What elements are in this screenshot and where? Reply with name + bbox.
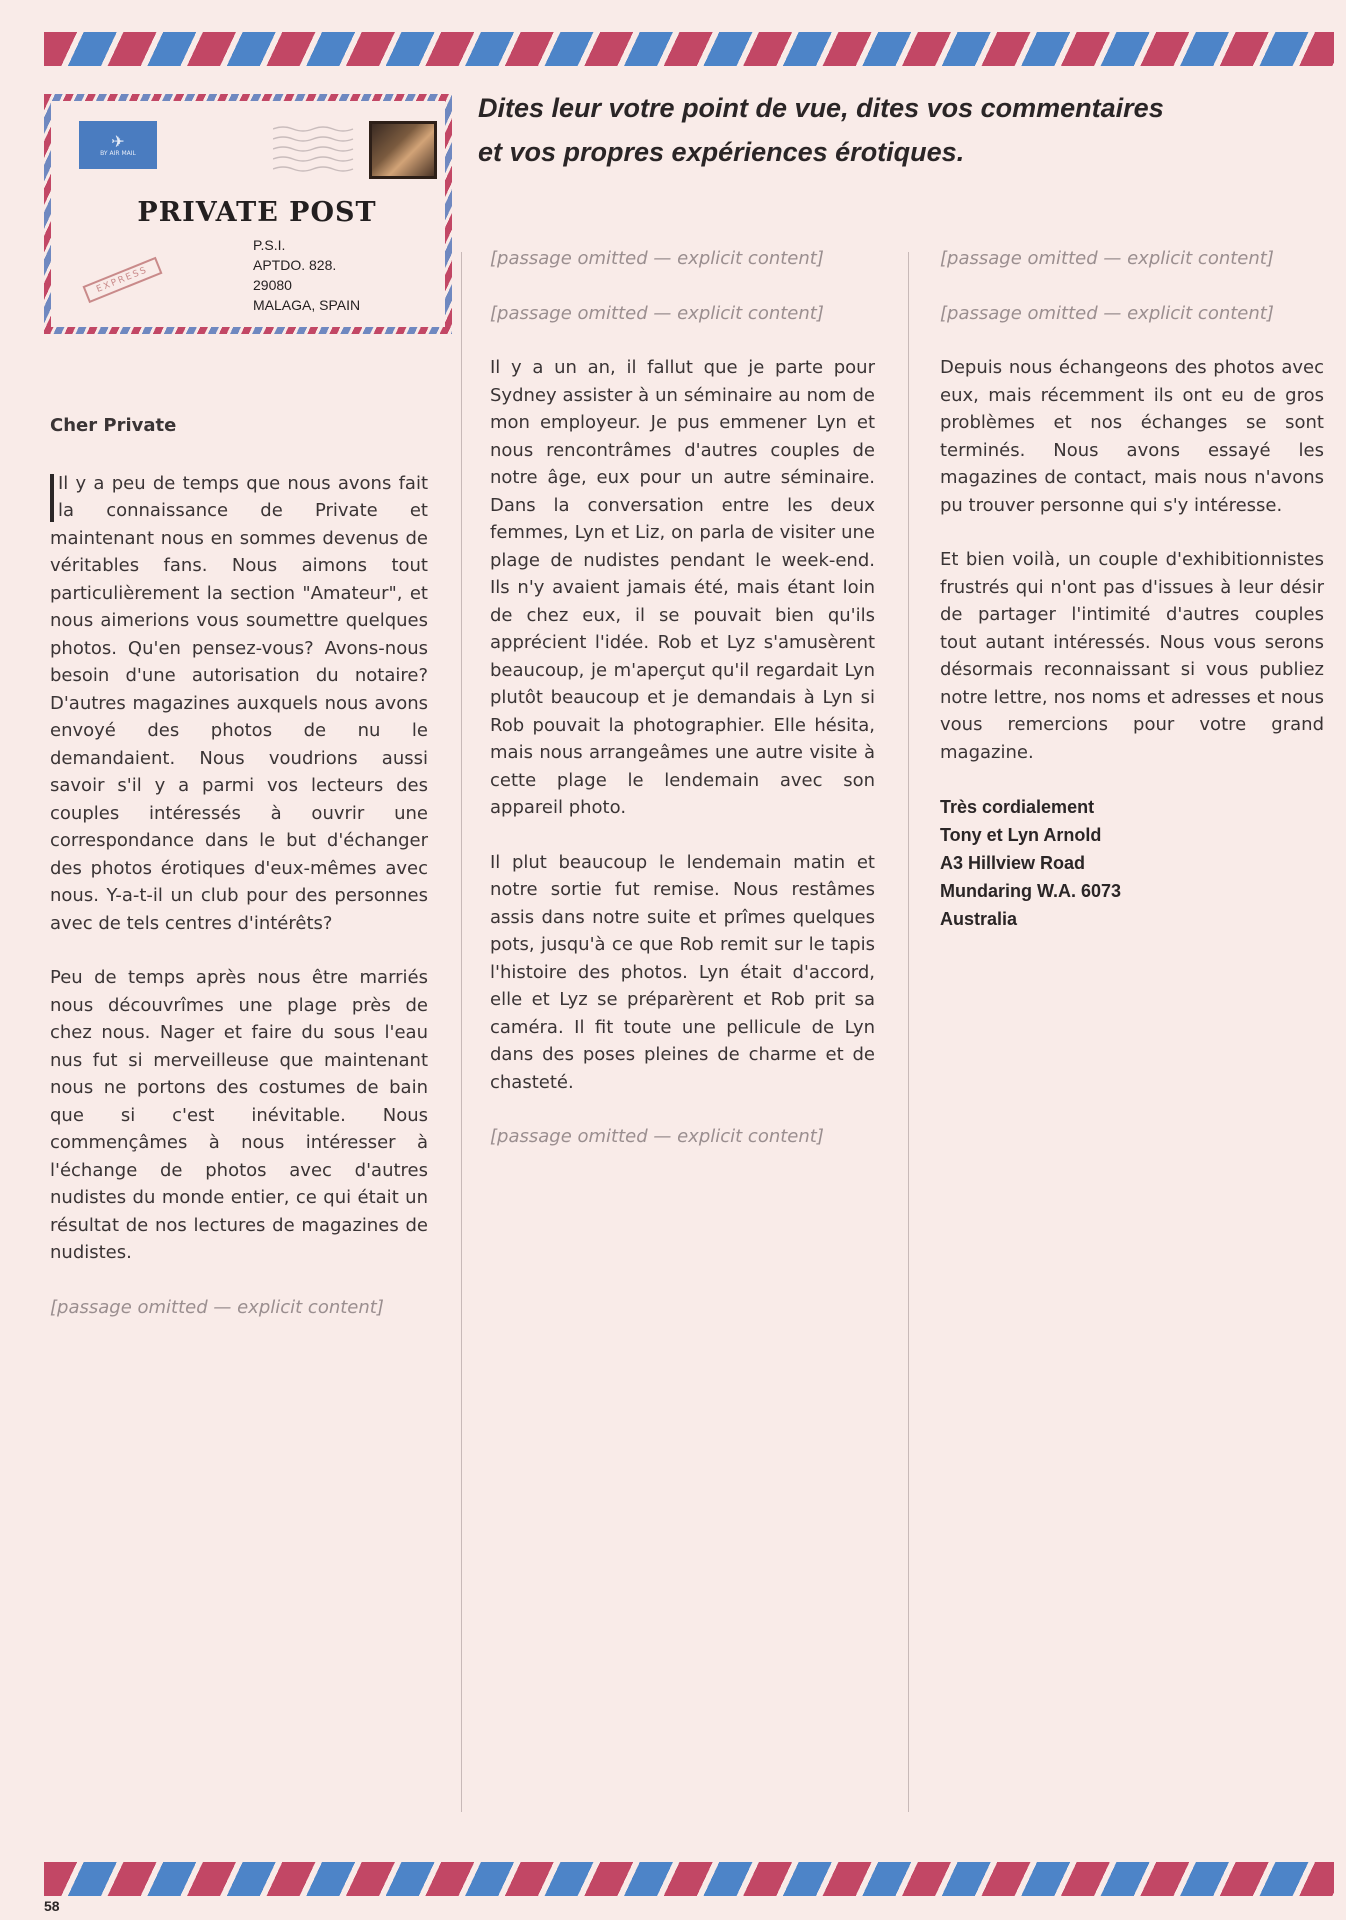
signoff-line: A3 Hillview Road xyxy=(940,849,1324,877)
postage-stamp-icon xyxy=(369,121,437,179)
postmark-wave-icon xyxy=(273,121,359,177)
column-divider xyxy=(461,252,462,1812)
letter-paragraph-omitted: [passage omitted — explicit content] xyxy=(490,300,875,328)
signoff-line: Australia xyxy=(940,905,1324,933)
drop-cap-bar xyxy=(50,474,54,522)
airmail-label: ✈ BY AIR MAIL xyxy=(79,121,157,169)
headline-line: Dites leur votre point de vue, dites vos… xyxy=(478,86,1338,130)
signoff-line: Mundaring W.A. 6073 xyxy=(940,877,1324,905)
express-stamp: EXPRESS xyxy=(82,257,162,303)
letter-paragraph-omitted: [passage omitted — explicit content] xyxy=(490,1123,875,1151)
letter-paragraph: Et bien voilà, un couple d'exhibitionnis… xyxy=(940,546,1324,766)
letter-paragraph: Depuis nous échangeons des photos avec e… xyxy=(940,354,1324,519)
salutation: Cher Private xyxy=(50,412,428,440)
letter-paragraph-omitted: [passage omitted — explicit content] xyxy=(940,300,1324,328)
letter-paragraph-omitted: [passage omitted — explicit content] xyxy=(50,1294,428,1322)
page-number: 58 xyxy=(44,1898,60,1914)
airmail-stripe-border-bottom xyxy=(44,1862,1334,1896)
mailing-address: P.S.I. APTDO. 828. 29080 MALAGA, SPAIN xyxy=(253,235,360,315)
signoff-line: Tony et Lyn Arnold xyxy=(940,821,1324,849)
airmail-label-text: BY AIR MAIL xyxy=(100,150,136,157)
letter-paragraph-omitted: [passage omitted — explicit content] xyxy=(940,245,1324,273)
address-line: P.S.I. xyxy=(253,235,360,255)
letter-paragraph-omitted: [passage omitted — explicit content] xyxy=(490,245,875,273)
letter-paragraph: Il y a un an, il fallut que je parte pou… xyxy=(490,354,875,822)
letter-paragraph: Peu de temps après nous être marriés nou… xyxy=(50,964,428,1267)
letter-column-3: [passage omitted — explicit content] [pa… xyxy=(940,245,1324,933)
address-line: APTDO. 828. xyxy=(253,255,360,275)
letter-paragraph: Il y a peu de temps que nous avons fait … xyxy=(50,470,428,938)
envelope-graphic: ✈ BY AIR MAIL PRIVATE POST P.S.I. APTDO.… xyxy=(44,94,452,334)
airmail-stripe-border-top xyxy=(44,32,1334,66)
letter-signoff: Très cordialement Tony et Lyn Arnold A3 … xyxy=(940,793,1324,933)
letter-column-2: [passage omitted — explicit content] [pa… xyxy=(490,245,875,1178)
section-headline: Dites leur votre point de vue, dites vos… xyxy=(478,86,1338,174)
letter-paragraph: Il plut beaucoup le lendemain matin et n… xyxy=(490,849,875,1097)
column-divider xyxy=(908,252,909,1812)
private-post-title: PRIVATE POST xyxy=(107,197,407,228)
airmail-bird-icon: ✈ xyxy=(111,134,124,150)
signoff-line: Très cordialement xyxy=(940,793,1324,821)
address-line: 29080 xyxy=(253,275,360,295)
letter-column-1: Cher Private Il y a peu de temps que nou… xyxy=(50,412,428,1348)
address-line: MALAGA, SPAIN xyxy=(253,295,360,315)
headline-line: et vos propres expériences érotiques. xyxy=(478,130,1338,174)
